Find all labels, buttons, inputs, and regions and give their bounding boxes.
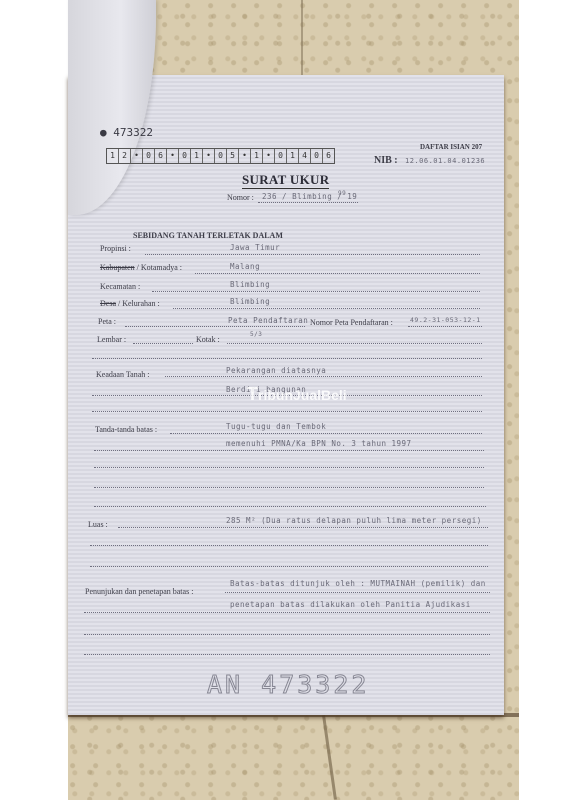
dotted-line	[173, 308, 480, 309]
struck-label: Kabupaten	[100, 263, 135, 272]
dotted-line	[408, 326, 482, 327]
code-box: 6	[155, 149, 167, 163]
dotted-line	[90, 566, 488, 567]
dotted-line	[118, 527, 488, 528]
dotted-line	[92, 358, 482, 359]
penunjukan-label: Penunjukan dan penetapan batas :	[85, 587, 193, 596]
code-box: 5	[227, 149, 239, 163]
field-value-kelurahan: Blimbing	[230, 297, 270, 306]
code-box: •	[239, 149, 251, 163]
code-box: 4	[299, 149, 311, 163]
dotted-line	[165, 376, 482, 377]
document-title: SURAT UKUR	[242, 172, 329, 189]
code-box: 1	[287, 149, 299, 163]
code-box: •	[131, 149, 143, 163]
nib-value: 12.06.01.04.01236	[405, 157, 485, 165]
field-label-kotak: Kotak :	[196, 335, 220, 344]
dotted-line	[195, 273, 480, 274]
struck-label: Desa	[100, 299, 116, 308]
section-heading: SEBIDANG TANAH TERLETAK DALAM	[133, 231, 283, 240]
tanda-batas-line-2: memenuhi PMNA/Ka BPN No. 3 tahun 1997	[226, 439, 412, 448]
keadaan-tanah-label: Keadaan Tanah :	[96, 370, 150, 379]
dotted-line	[227, 343, 482, 344]
code-box: 1	[251, 149, 263, 163]
dotted-line	[170, 433, 482, 434]
code-box: 6	[323, 149, 334, 163]
luas-label: Luas :	[88, 520, 108, 529]
field-label-propinsi: Propinsi :	[100, 244, 131, 253]
code-box: 2	[119, 149, 131, 163]
code-box: •	[263, 149, 275, 163]
dotted-line	[152, 291, 480, 292]
field-value-nomor-peta: 49.2-31-053-12-1	[410, 316, 481, 324]
field-label-kabupaten: Kabupaten / Kotamadya :	[100, 263, 182, 272]
floor-crack	[322, 715, 337, 800]
field-label-kelurahan: Desa / Kelurahan :	[100, 299, 160, 308]
field-label-lembar: Lembar :	[97, 335, 126, 344]
dotted-line	[94, 487, 484, 488]
code-box: 0	[275, 149, 287, 163]
tanda-batas-label: Tanda-tanda batas :	[95, 425, 157, 434]
field-label-kecamatan: Kecamatan :	[100, 282, 140, 291]
dotted-line	[90, 545, 488, 546]
form-code: DAFTAR ISIAN 207	[420, 143, 482, 151]
dotted-line	[133, 343, 193, 344]
field-value-kotak: 5/3	[250, 331, 262, 338]
nomor-label: Nomor :	[227, 193, 254, 202]
code-box: 1	[191, 149, 203, 163]
nomor-year: 99	[338, 190, 346, 197]
code-box: 0	[179, 149, 191, 163]
penunjukan-line-2: penetapan batas dilakukan oleh Panitia A…	[230, 600, 471, 609]
luas-value: 285 M² (Dua ratus delapan puluh lima met…	[226, 516, 482, 525]
label-text: / Kotamadya :	[135, 263, 182, 272]
dotted-line	[94, 506, 486, 507]
code-box: 0	[143, 149, 155, 163]
tanda-batas-line-1: Tugu-tugu dan Tembok	[226, 422, 326, 431]
dotted-line	[84, 612, 490, 613]
dotted-line	[84, 634, 490, 635]
dotted-line	[84, 654, 490, 655]
field-label-nomor-peta: Nomor Peta Pendaftaran :	[310, 318, 393, 327]
dotted-line	[92, 411, 482, 412]
code-box: •	[203, 149, 215, 163]
code-box: 1	[107, 149, 119, 163]
serial-value: 473322	[113, 126, 153, 139]
watermark-logo-t: T	[247, 384, 258, 404]
floor-crack	[301, 0, 303, 75]
code-box: 0	[215, 149, 227, 163]
field-value-peta: Peta Pendaftaran	[228, 316, 308, 325]
label-text: / Kelurahan :	[116, 299, 160, 308]
field-value-propinsi: Jawa Timur	[230, 243, 280, 252]
keadaan-tanah-line-1: Pekarangan diatasnya	[226, 366, 326, 375]
parcel-code-boxes: 12•06•01•05•1•01406	[106, 148, 335, 164]
serial-bullet: ●	[100, 126, 107, 139]
serial-number: ● 473322	[100, 126, 153, 139]
dotted-line	[94, 467, 484, 468]
dotted-line	[258, 202, 358, 203]
field-value-kotamadya: Malang	[230, 262, 260, 271]
dotted-line	[94, 450, 484, 451]
field-value-kecamatan: Blimbing	[230, 280, 270, 289]
code-box: 0	[311, 149, 323, 163]
nib-label: NIB :	[374, 155, 398, 166]
dotted-line	[145, 254, 480, 255]
tribunjualbeli-watermark: TribunJualBeli	[247, 384, 347, 405]
perforated-stamp-number: AN 473322	[207, 670, 369, 699]
penunjukan-line-1: Batas-batas ditunjuk oleh : MUTMAINAH (p…	[230, 579, 486, 588]
field-label-peta: Peta :	[98, 317, 116, 326]
dotted-line	[125, 326, 305, 327]
dotted-line	[225, 592, 490, 593]
code-box: •	[167, 149, 179, 163]
watermark-text: ribunJualBeli	[258, 387, 347, 403]
